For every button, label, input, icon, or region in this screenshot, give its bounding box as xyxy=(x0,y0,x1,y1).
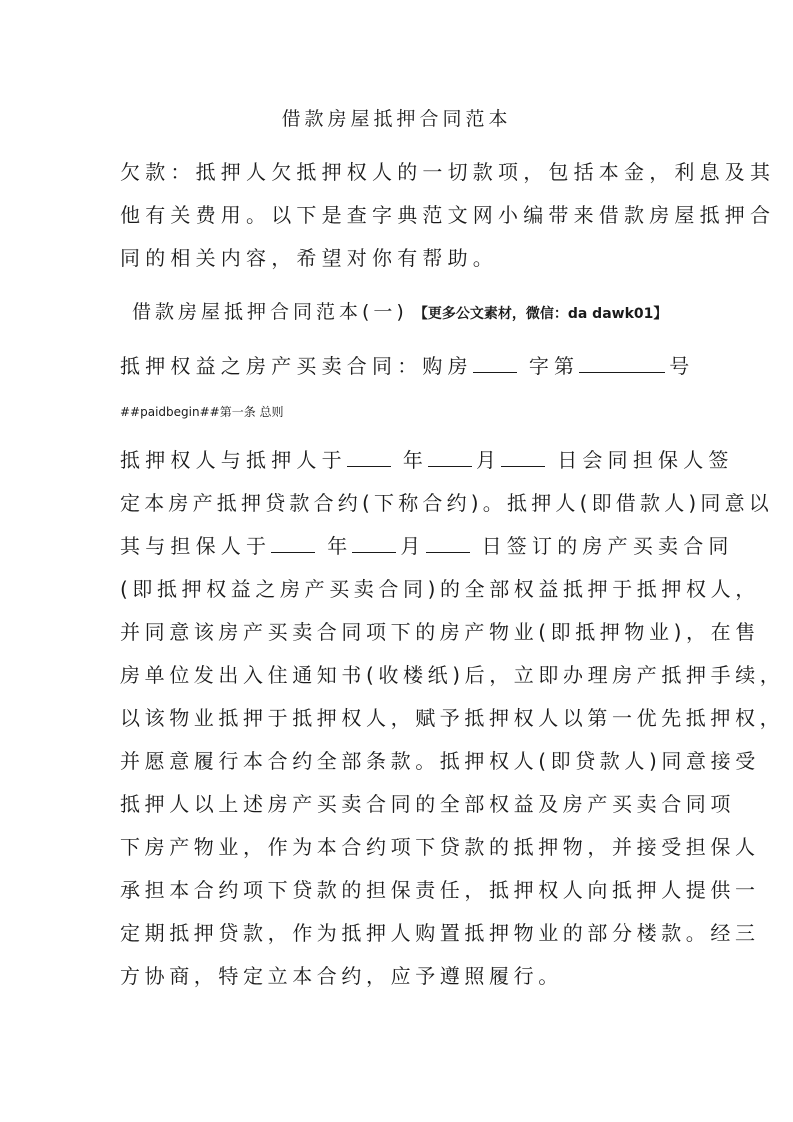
section-heading: 借款房屋抵押合同范本(一)【更多公文素材，微信：da dawk01】 xyxy=(132,298,667,328)
blank-field xyxy=(347,448,391,467)
text-seg: 月 xyxy=(476,448,501,472)
text-seg: 年 xyxy=(403,448,428,472)
blank-field xyxy=(352,534,396,553)
text-seg: 月 xyxy=(400,534,425,558)
blank-field xyxy=(271,534,315,553)
intro-line-1: 欠款：抵押人欠抵押权人的一切款项，包括本金，利息及其 xyxy=(120,158,775,186)
body-line-10: 方协商，特定立本合约，应予遵照履行。 xyxy=(120,962,563,990)
contract-line-mid: 字第 xyxy=(529,354,579,378)
blank-field xyxy=(579,354,665,373)
body-line-4: 以该物业抵押于抵押权人，赋予抵押权人以第一优先抵押权， xyxy=(120,704,784,732)
blank-field xyxy=(501,448,545,467)
blank-field xyxy=(473,354,517,373)
section-note: 【更多公文素材，微信：da dawk01】 xyxy=(414,306,668,322)
intro-line-3: 同的相关内容，希望对你有帮助。 xyxy=(120,244,498,272)
text-seg: 年 xyxy=(327,534,352,558)
body-line-1: (即抵押权益之房产买卖合同)的全部权益抵押于抵押权人， xyxy=(120,575,760,603)
section-heading-text: 借款房屋抵押合同范本(一) xyxy=(132,301,408,323)
body-line-2: 并同意该房产买卖合同项下的房产物业(即抵押物业)，在售 xyxy=(120,618,760,646)
blank-field xyxy=(428,448,472,467)
intro-line-2: 他有关费用。以下是查字典范文网小编带来借款房屋抵押合 xyxy=(120,201,775,229)
text-seg: 其与担保人于 xyxy=(120,534,271,558)
body-line-7: 下房产物业，作为本合约项下贷款的抵押物，并接受担保人 xyxy=(120,833,760,861)
contract-line-prefix: 抵押权益之房产买卖合同：购房 xyxy=(120,354,473,378)
para-line-1: 抵押权人与抵押人于年月日会同担保人签 xyxy=(120,446,734,474)
contract-line-suffix: 号 xyxy=(669,354,694,378)
body-line-3: 房单位发出入住通知书(收楼纸)后，立即办理房产抵押手续， xyxy=(120,661,784,689)
document-title: 借款房屋抵押合同范本 xyxy=(0,104,793,131)
text-seg: 日会同担保人签 xyxy=(557,448,733,472)
text-seg: 抵押权人与抵押人于 xyxy=(120,448,347,472)
para-line-3: 其与担保人于年月日签订的房产买卖合同 xyxy=(120,532,734,560)
blank-field xyxy=(426,534,470,553)
body-line-5: 并愿意履行本合约全部条款。抵押权人(即贷款人)同意接受 xyxy=(120,747,760,775)
body-line-9: 定期抵押贷款，作为抵押人购置抵押物业的部分楼款。经三 xyxy=(120,919,760,947)
body-line-6: 抵押人以上述房产买卖合同的全部权益及房产买卖合同项 xyxy=(120,790,735,818)
para-line-2: 定本房产抵押贷款合约(下称合约)。抵押人(即借款人)同意以 xyxy=(120,489,773,517)
marker-line: ##paidbegin##第一条 总则 xyxy=(120,398,284,426)
body-line-8: 承担本合约项下贷款的担保责任，抵押权人向抵押人提供一 xyxy=(120,876,760,904)
text-seg: 日签订的房产买卖合同 xyxy=(482,534,734,558)
contract-number-line: 抵押权益之房产买卖合同：购房字第号 xyxy=(120,352,694,380)
